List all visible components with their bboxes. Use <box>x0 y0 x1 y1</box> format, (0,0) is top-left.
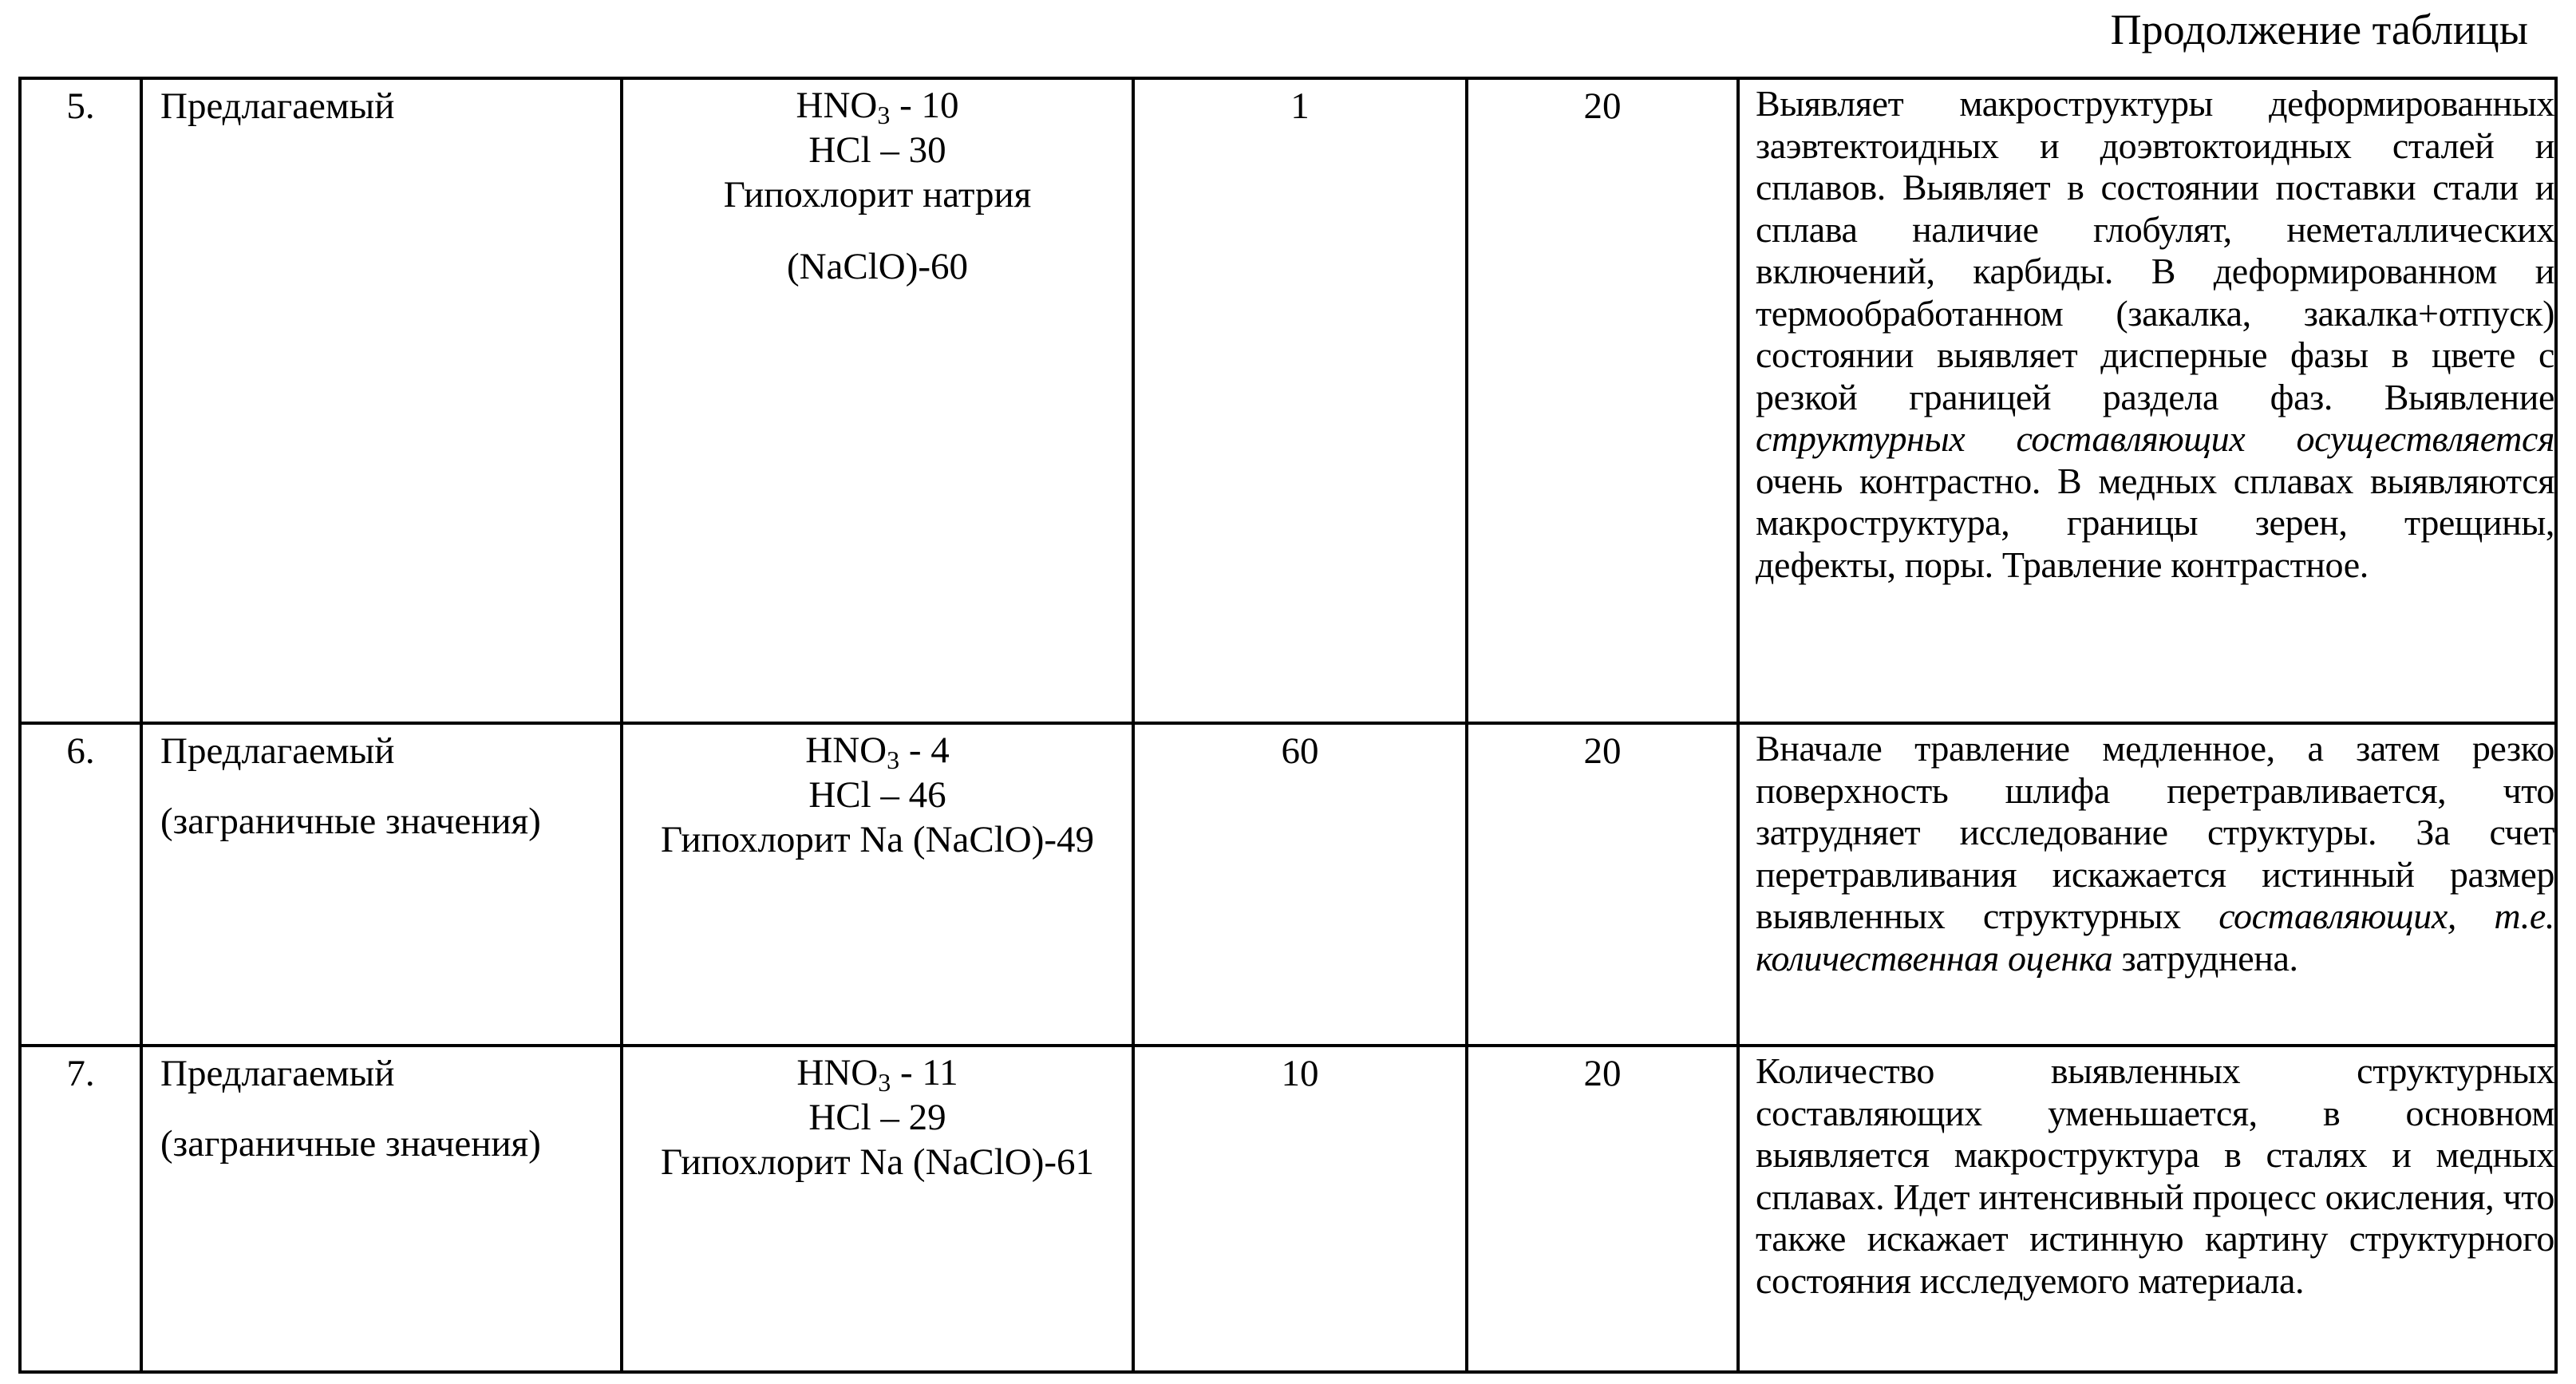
row-number: 7. <box>20 1046 141 1372</box>
hno3-line: HNO3 - 4 <box>623 728 1132 773</box>
method-cell: Предлагаемый (заграничные значения) <box>141 723 622 1046</box>
value-a-cell: 10 <box>1133 1046 1467 1372</box>
table-row: 5. Предлагаемый HNO3 - 10 HCl – 30 Гипох… <box>20 78 2556 723</box>
description-cell: Вначале травление медленное, а затем рез… <box>1738 723 2556 1046</box>
hno3-formula: HNO <box>796 1052 878 1093</box>
hno3-value: - 10 <box>890 85 958 126</box>
naclo-formula-line: (NaClO)-60 <box>623 244 1132 289</box>
hno3-value: - 4 <box>899 730 950 771</box>
naclo-line: Гипохлорит Na (NaClO)-61 <box>623 1140 1132 1184</box>
method-note: (заграничные значения) <box>160 798 614 844</box>
hno3-value: - 11 <box>891 1052 958 1093</box>
hcl-line: HCl – 46 <box>623 773 1132 817</box>
description-cell: Количество выявленных структурных состав… <box>1738 1046 2556 1372</box>
hcl-line: HCl – 30 <box>623 128 1132 172</box>
method-label: Предлагаемый <box>160 85 394 127</box>
hno3-line: HNO3 - 10 <box>623 83 1132 128</box>
description-text: Количество выявленных структурных состав… <box>1756 1050 2554 1301</box>
row-number: 5. <box>20 78 141 723</box>
method-label: Предлагаемый <box>160 1053 394 1094</box>
value-b-cell: 20 <box>1467 78 1738 723</box>
table-row: 7. Предлагаемый (заграничные значения) H… <box>20 1046 2556 1372</box>
description-text: Выявляет макроструктуры деформированных … <box>1756 83 2554 417</box>
method-cell: Предлагаемый <box>141 78 622 723</box>
naclo-line: Гипохлорит Na (NaClO)-49 <box>623 817 1132 862</box>
hcl-line: HCl – 29 <box>623 1095 1132 1140</box>
value-a-cell: 60 <box>1133 723 1467 1046</box>
hno3-subscript: 3 <box>877 101 890 129</box>
composition-cell: HNO3 - 4 HCl – 46 Гипохлорит Na (NaClO)-… <box>622 723 1133 1046</box>
hno3-subscript: 3 <box>878 1068 891 1097</box>
hno3-formula: HNO <box>805 730 887 771</box>
method-note: (заграничные значения) <box>160 1121 614 1167</box>
value-a-cell: 1 <box>1133 78 1467 723</box>
description-text-tail: затруднена. <box>2112 938 2297 979</box>
description-italic-text: структурных составляющих осуществляется <box>1756 418 2554 459</box>
naclo-line: Гипохлорит натрия <box>623 172 1132 217</box>
description-text-tail: очень контрастно. В медных сплавах выявл… <box>1756 461 2554 585</box>
hno3-formula: HNO <box>796 85 878 126</box>
hno3-line: HNO3 - 11 <box>623 1050 1132 1095</box>
method-cell: Предлагаемый (заграничные значения) <box>141 1046 622 1372</box>
method-label: Предлагаемый <box>160 730 394 772</box>
composition-cell: HNO3 - 11 HCl – 29 Гипохлорит Na (NaClO)… <box>622 1046 1133 1372</box>
table-row: 6. Предлагаемый (заграничные значения) H… <box>20 723 2556 1046</box>
etchant-table: 5. Предлагаемый HNO3 - 10 HCl – 30 Гипох… <box>18 77 2558 1374</box>
composition-cell: HNO3 - 10 HCl – 30 Гипохлорит натрия (Na… <box>622 78 1133 723</box>
table-continuation-caption: Продолжение таблицы <box>2111 2 2528 57</box>
description-cell: Выявляет макроструктуры деформированных … <box>1738 78 2556 723</box>
hno3-subscript: 3 <box>887 745 899 774</box>
value-b-cell: 20 <box>1467 1046 1738 1372</box>
value-b-cell: 20 <box>1467 723 1738 1046</box>
row-number: 6. <box>20 723 141 1046</box>
